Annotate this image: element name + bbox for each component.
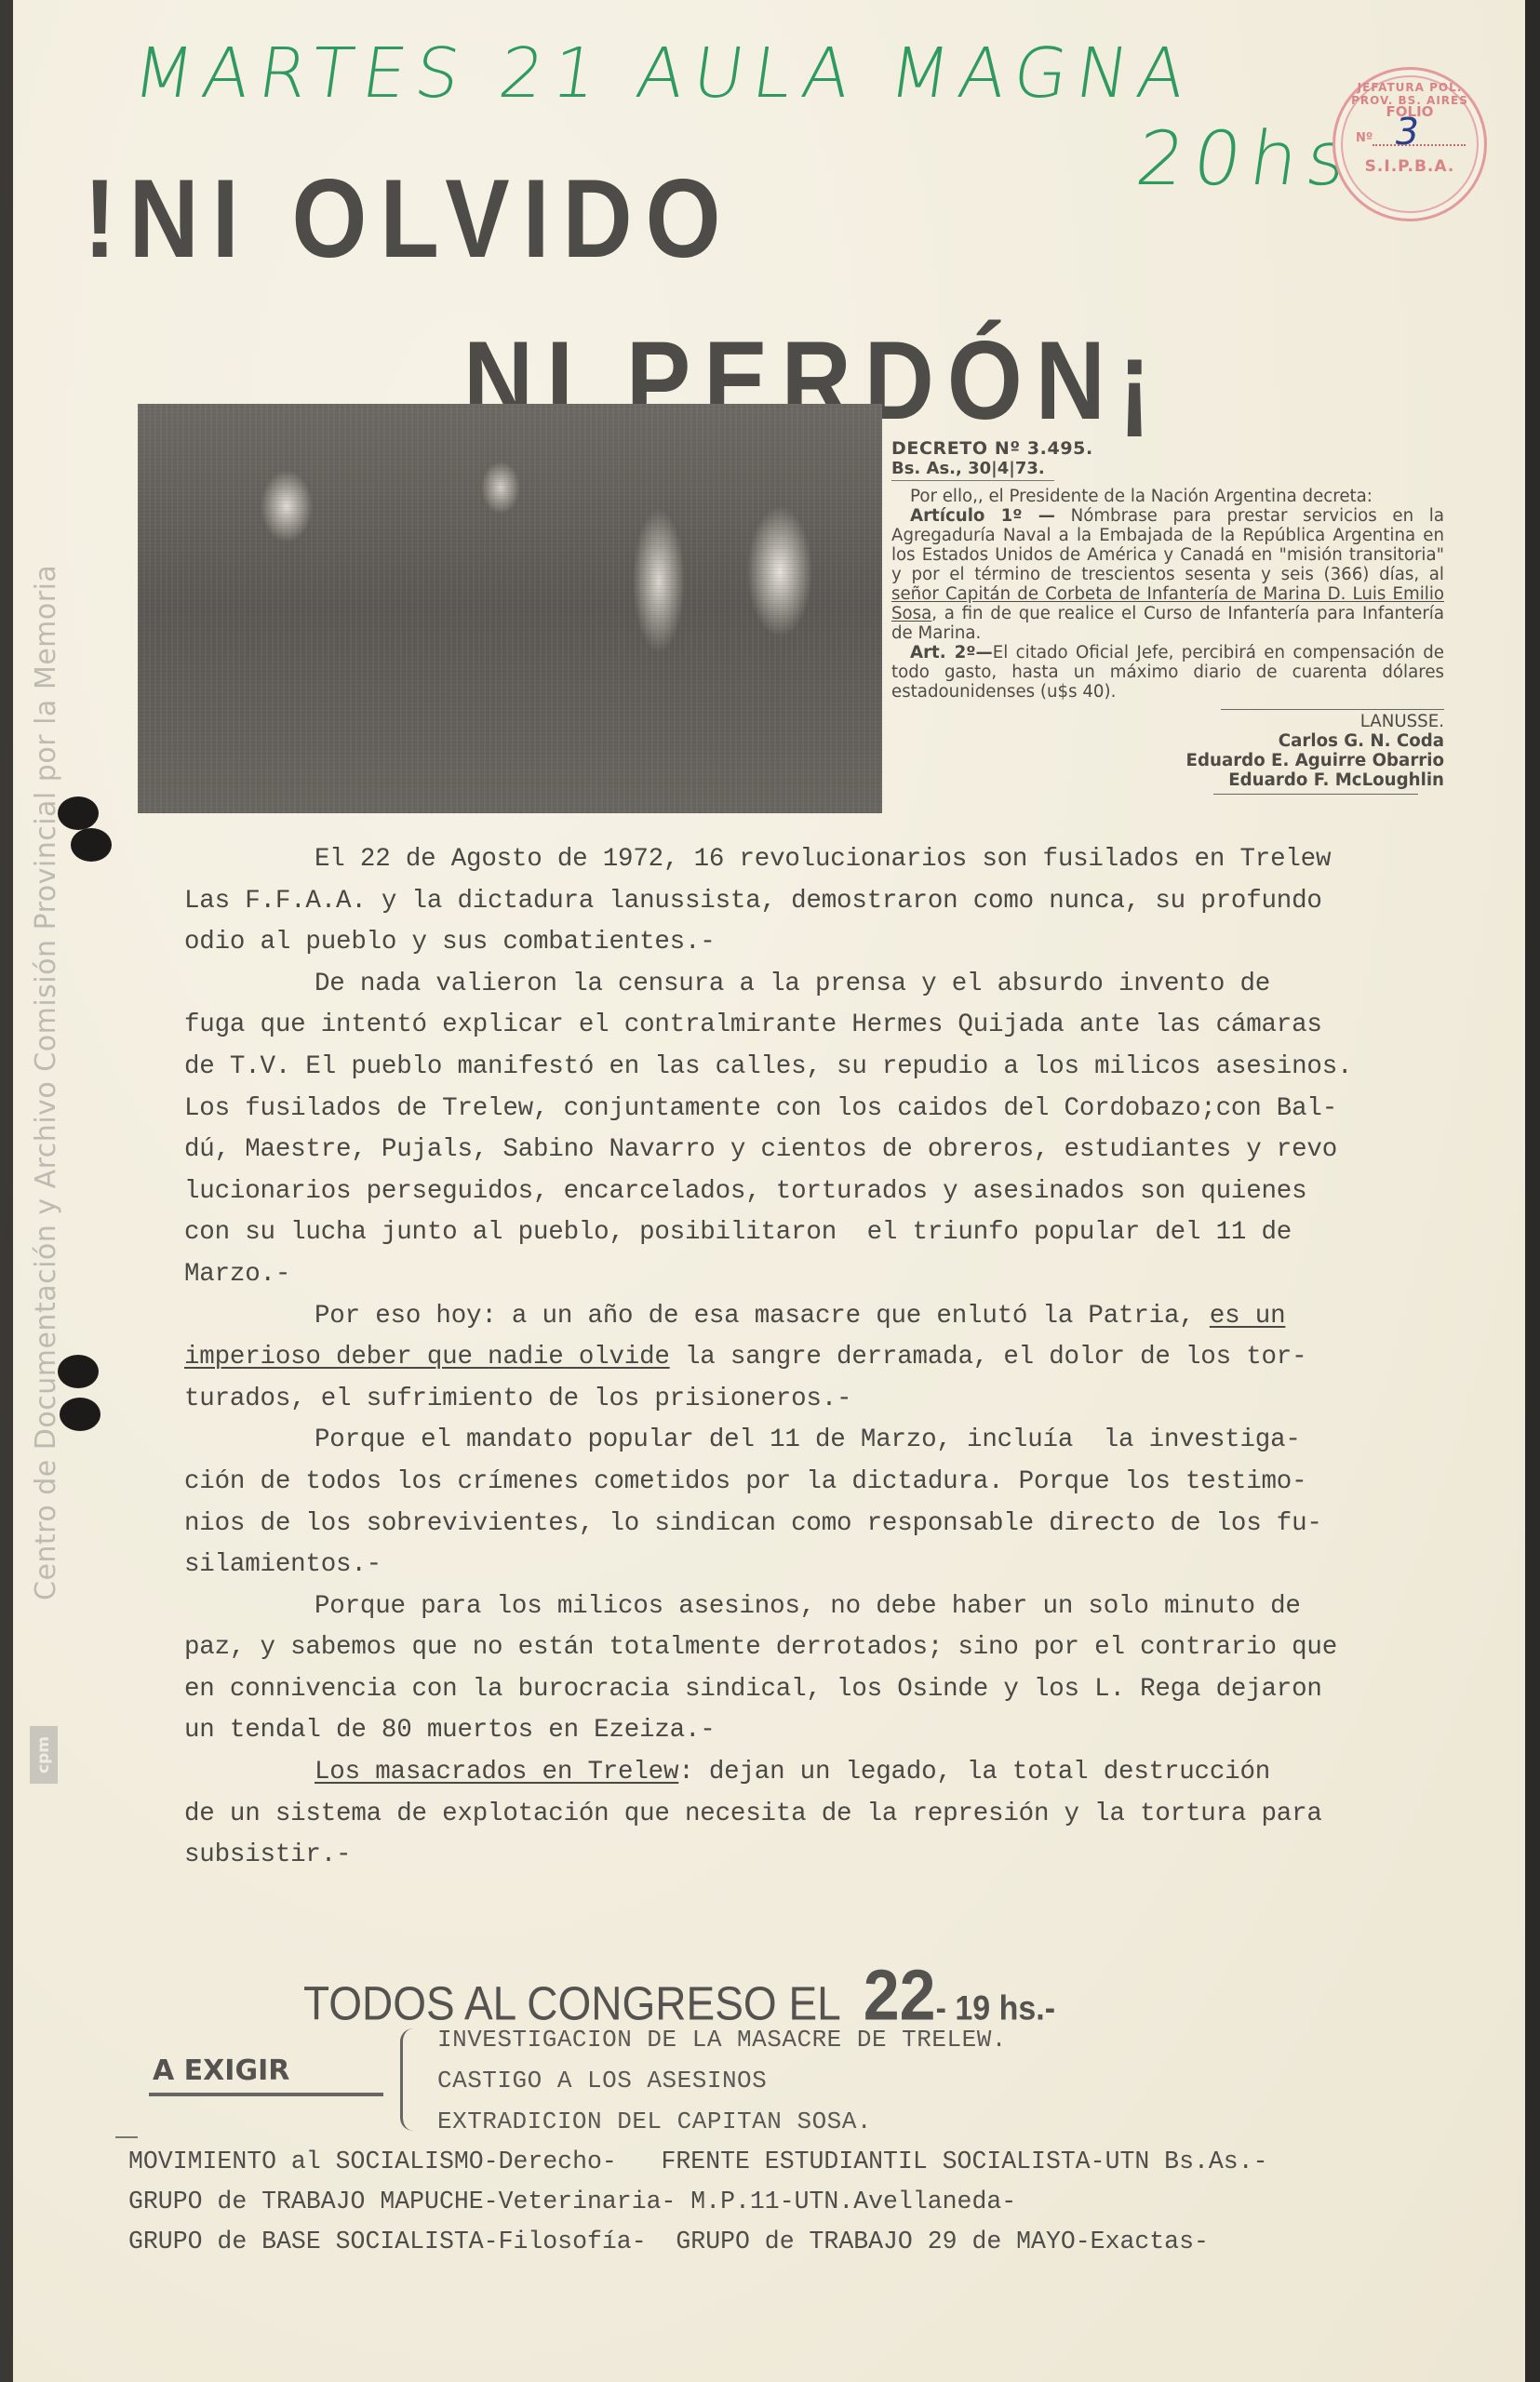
stamp-number-line bbox=[1373, 144, 1466, 146]
decree-signature: LANUSSE. bbox=[891, 712, 1444, 731]
scan-edge bbox=[0, 0, 13, 2382]
body-line: dú, Maestre, Pujals, Sabino Navarro y ci… bbox=[184, 1130, 1459, 1171]
decree-signature: Carlos G. N. Coda bbox=[891, 731, 1444, 751]
signatory-line: MOVIMIENTO al SOCIALISMO-Derecho- FRENTE… bbox=[128, 2142, 1268, 2182]
demands-label: A EXIGIR bbox=[149, 2054, 383, 2096]
curly-brace-icon bbox=[400, 2028, 420, 2131]
body-line: odio al pueblo y sus combatientes.- bbox=[184, 922, 1459, 964]
body-line: Porque para los milicos asesinos, no deb… bbox=[184, 1586, 1459, 1628]
leaflet-page: Centro de Documentación y Archivo Comisi… bbox=[13, 0, 1525, 2382]
body-line: Los masacrados en Trelew: dejan un legad… bbox=[184, 1752, 1459, 1794]
punch-hole-icon bbox=[71, 828, 112, 862]
demand-item: EXTRADICION DEL CAPITAN SOSA. bbox=[437, 2101, 1007, 2142]
punch-hole-icon bbox=[58, 796, 99, 830]
body-line: subsistir.- bbox=[184, 1835, 1459, 1877]
body-line: en connivencia con la burocracia sindica… bbox=[184, 1669, 1459, 1711]
demand-item: INVESTIGACION DE LA MASACRE DE TRELEW. bbox=[437, 2019, 1007, 2060]
demand-item: CASTIGO A LOS ASESINOS bbox=[437, 2060, 1007, 2101]
body-line: lucionarios perseguidos, encarcelados, t… bbox=[184, 1171, 1459, 1213]
body-line: paz, y sabemos que no están totalmente d… bbox=[184, 1627, 1459, 1669]
cpm-logo-badge: cpm bbox=[30, 1726, 58, 1784]
body-line: silamientos.- bbox=[184, 1545, 1459, 1586]
signatory-line: GRUPO de BASE SOCIALISTA-Filosofía- GRUP… bbox=[128, 2222, 1268, 2262]
decree-article-2: Art. 2º—El citado Oficial Jefe, percibir… bbox=[891, 643, 1444, 702]
stamp-organization: S.I.P.B.A. bbox=[1335, 157, 1484, 176]
body-line: turados, el sufrimiento de los prisioner… bbox=[184, 1379, 1459, 1421]
archive-watermark: Centro de Documentación y Archivo Comisi… bbox=[30, 565, 62, 1600]
signature-divider bbox=[1213, 794, 1418, 795]
body-line: Marzo.- bbox=[184, 1254, 1459, 1296]
decree-intro: Por ello,, el Presidente de la Nación Ar… bbox=[891, 487, 1444, 506]
body-line: Por eso hoy: a un año de esa masacre que… bbox=[184, 1296, 1459, 1338]
decree-article-1: Artículo 1º — Nómbrase para prestar serv… bbox=[891, 506, 1444, 643]
decree-clipping: DECRETO Nº 3.495. Bs. As., 30|4|73. Por … bbox=[891, 439, 1444, 795]
archive-folio-stamp: JEFATURA POL. PROV. BS. AIRES FOLIO 3 Nº… bbox=[1332, 67, 1487, 221]
stamp-number-label: Nº bbox=[1356, 131, 1373, 145]
typewritten-body: El 22 de Agosto de 1972, 16 revolucionar… bbox=[184, 839, 1459, 1877]
body-line: fuga que intentó explicar el contralmira… bbox=[184, 1005, 1459, 1047]
body-line: imperioso deber que nadie olvide la sang… bbox=[184, 1337, 1459, 1379]
body-line: nios de los sobrevivientes, lo sindican … bbox=[184, 1504, 1459, 1546]
decree-signature: Eduardo E. Aguirre Obarrio bbox=[891, 751, 1444, 770]
decree-title: DECRETO Nº 3.495. bbox=[891, 439, 1444, 459]
body-line: de T.V. El pueblo manifestó en las calle… bbox=[184, 1047, 1459, 1089]
signatory-line: GRUPO de TRABAJO MAPUCHE-Veterinaria- M.… bbox=[128, 2182, 1268, 2222]
body-line: de un sistema de explotación que necesit… bbox=[184, 1794, 1459, 1836]
body-line: Las F.F.A.A. y la dictadura lanussista, … bbox=[184, 881, 1459, 923]
body-line: El 22 de Agosto de 1972, 16 revolucionar… bbox=[184, 839, 1459, 881]
body-line: un tendal de 80 muertos en Ezeiza.- bbox=[184, 1710, 1459, 1752]
body-line: ción de todos los crímenes cometidos por… bbox=[184, 1462, 1459, 1504]
decree-signature: Eduardo F. McLoughlin bbox=[891, 770, 1444, 790]
punch-hole-icon bbox=[60, 1398, 100, 1431]
decree-date: Bs. As., 30|4|73. bbox=[891, 459, 1054, 481]
body-line: Porque el mandato popular del 11 de Marz… bbox=[184, 1420, 1459, 1462]
body-line: De nada valieron la censura a la prensa … bbox=[184, 964, 1459, 1006]
prisoners-photo bbox=[138, 404, 882, 813]
signatory-organizations: MOVIMIENTO al SOCIALISMO-Derecho- FRENTE… bbox=[128, 2142, 1268, 2262]
body-line: con su lucha junto al pueblo, posibilita… bbox=[184, 1212, 1459, 1254]
handwritten-note-date-venue: MARTES 21 AULA MAGNA bbox=[128, 33, 1199, 114]
body-line: Los fusilados de Trelew, conjuntamente c… bbox=[184, 1089, 1459, 1131]
photo-halftone bbox=[138, 404, 882, 813]
demands-list: INVESTIGACION DE LA MASACRE DE TRELEW. C… bbox=[437, 2019, 1007, 2142]
signature-divider bbox=[1221, 709, 1444, 710]
headline-line-1: !NI OLVIDO bbox=[84, 156, 734, 284]
divider bbox=[115, 2136, 138, 2138]
punch-hole-icon bbox=[58, 1355, 99, 1388]
handwritten-note-time: 20hs bbox=[1131, 115, 1360, 202]
